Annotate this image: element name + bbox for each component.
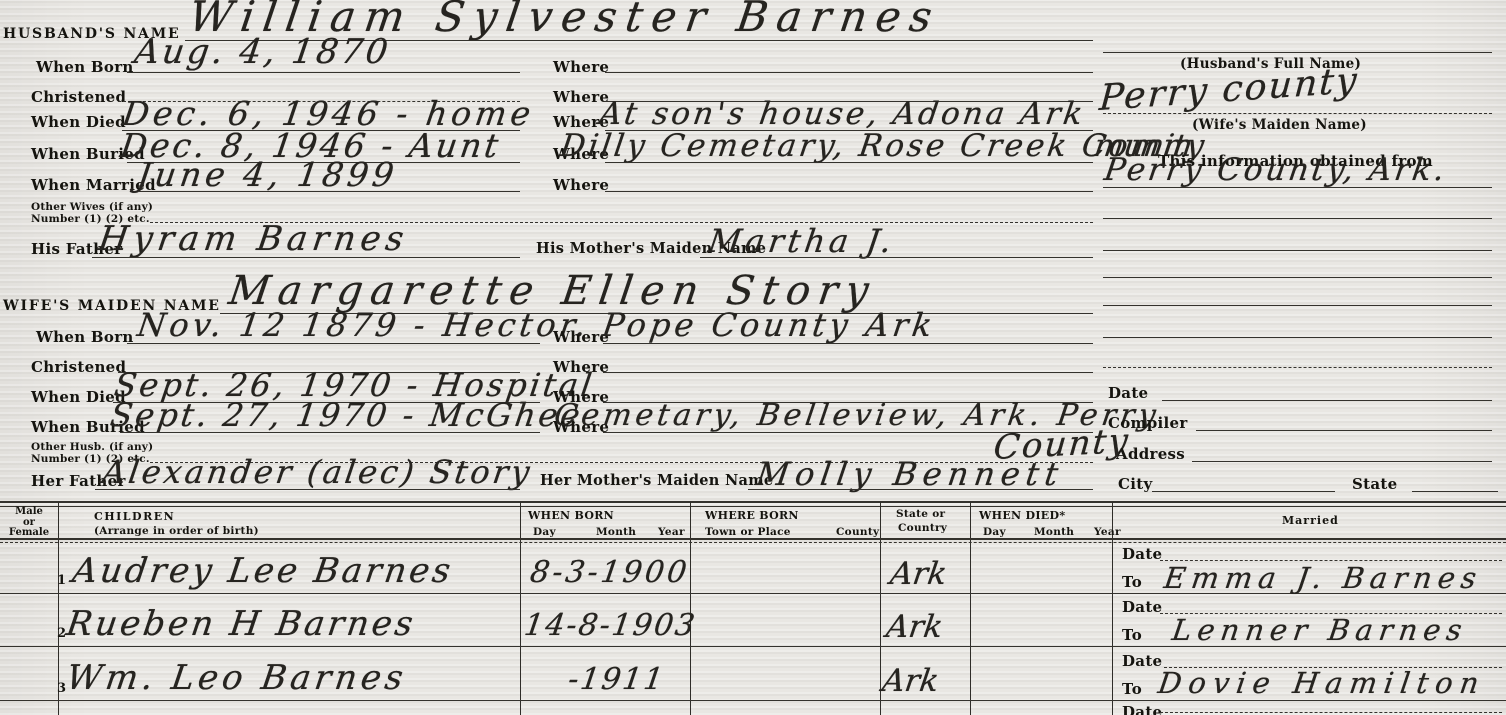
column-divider [970,502,971,715]
state-header-line2: Country [898,522,947,534]
married-date-label: Date [1122,598,1162,616]
husband-died-where-value: At son's house, Adona Ark [597,96,1088,132]
family-group-record-document: HUSBAND'S NAME William Sylvester Barnes … [0,0,1506,715]
child-state-value: Ark [884,609,945,645]
form-line [1103,367,1492,368]
married-to-label: To [1122,626,1142,644]
form-line [700,257,1093,258]
wife-born-label: When Born [36,328,134,346]
husband-other-wives-label: Other Wives (if any) [31,201,153,213]
when-died-month-header: Month [1034,526,1074,538]
form-line [120,432,540,433]
when-died-year-header: Year [1094,526,1121,538]
wife-buried-value: Sept. 27, 1970 - McGhee [108,396,585,434]
form-line [603,372,1093,373]
when-born-year-header: Year [658,526,685,538]
wife-mother-value: Molly Bennett [754,455,1066,493]
married-to-value: Emma J. Barnes [1162,561,1484,595]
married-to-label: To [1122,680,1142,698]
children-header: CHILDREN [94,510,175,523]
child-row-number: 1 [57,573,66,588]
form-line [603,432,1093,433]
column-divider [520,502,521,715]
form-line [1103,305,1492,306]
info-compiler-label: Compiler [1108,414,1188,432]
form-line [1103,277,1492,278]
form-line [95,489,520,490]
when-born-month-header: Month [596,526,636,538]
husband-mother-value: Martha J. [706,222,898,260]
husband-born-label: When Born [36,58,134,76]
form-line [605,72,1093,73]
wife-christened-label: Christened [31,358,126,376]
when-born-day-header: Day [533,526,556,538]
wife-maiden-caption: (Wife's Maiden Name) [1192,117,1367,133]
form-line [92,257,520,258]
child-born-value: 8-3-1900 [528,555,692,590]
husband-father-value: Hyram Barnes [96,219,411,259]
form-line [605,162,1093,163]
where-born-subheader: Town or Place [705,526,791,538]
table-row-divider [0,700,1506,701]
info-address-label: Address [1116,445,1185,463]
column-divider [880,502,881,715]
where-born-header: WHERE BORN [705,509,799,522]
married-date-label: Date [1122,703,1162,715]
form-line [1152,491,1335,492]
info-obtained-value: Perry County, Ark. [1102,152,1450,188]
state-header-line1: State or [896,508,945,520]
form-line [1162,400,1492,401]
husband-married-value: June 4, 1899 [135,155,400,194]
husband-married-where-label: Where [553,176,609,194]
married-date-label: Date [1122,545,1162,563]
table-border-top-inner [0,506,1506,507]
form-line [1103,52,1492,53]
form-line [1103,187,1492,188]
child-born-value: 14-8-1903 [522,608,699,643]
form-line [603,343,1093,344]
form-line [748,489,1093,490]
when-died-header: WHEN DIED* [979,509,1065,522]
husband-died-where-wrap-value: Perry county [1098,60,1360,119]
husband-died-label: When Died [31,113,126,131]
wife-other-husb-label: Other Husb. (if any) [31,441,153,453]
married-date-label: Date [1122,652,1162,670]
table-border-top [0,501,1506,503]
when-born-header: WHEN BORN [528,509,614,522]
husband-born-where-label: Where [553,58,609,76]
wife-born-value: Nov. 12 1879 - Hector. [135,306,593,344]
form-line [1103,218,1492,219]
married-header: Married [1282,514,1339,527]
child-state-value: Ark [888,556,949,592]
husband-born-value: Aug. 4, 1870 [132,32,393,72]
info-state-label: State [1352,475,1397,493]
form-line [605,191,1093,192]
form-line [1196,430,1492,431]
form-line [1103,250,1492,251]
table-header-divider [0,538,1506,540]
husband-christened-label: Christened [31,88,126,106]
married-date-line [1160,712,1502,713]
child-name-value: Audrey Lee Barnes [70,551,456,591]
form-line [1103,337,1492,338]
form-line [1412,491,1498,492]
married-to-value: Lenner Barnes [1170,613,1470,647]
married-to-value: Dovie Hamilton [1156,666,1488,700]
when-died-day-header: Day [983,526,1006,538]
married-to-label: To [1122,573,1142,591]
wife-father-value: Alexander (alec) Story [100,453,535,491]
info-city-label: City [1118,475,1152,493]
form-line [127,72,520,73]
child-state-value: Ark [880,663,941,699]
form-line [127,343,540,344]
table-header-divider-inner [0,542,1506,543]
children-subheader: (Arrange in order of birth) [94,525,259,537]
form-line [1192,461,1492,462]
wife-mother-label: Her Mother's Maiden Name [540,472,773,489]
child-name-value: Rueben H Barnes [64,604,418,644]
child-born-value: -1911 [566,662,667,697]
form-line [138,191,520,192]
child-name-value: Wm. Leo Barnes [64,658,409,698]
county-header: County [836,526,879,538]
sex-column-header: Male or Female [0,507,58,539]
wife-born-where-value: Pope County Ark [600,306,938,344]
